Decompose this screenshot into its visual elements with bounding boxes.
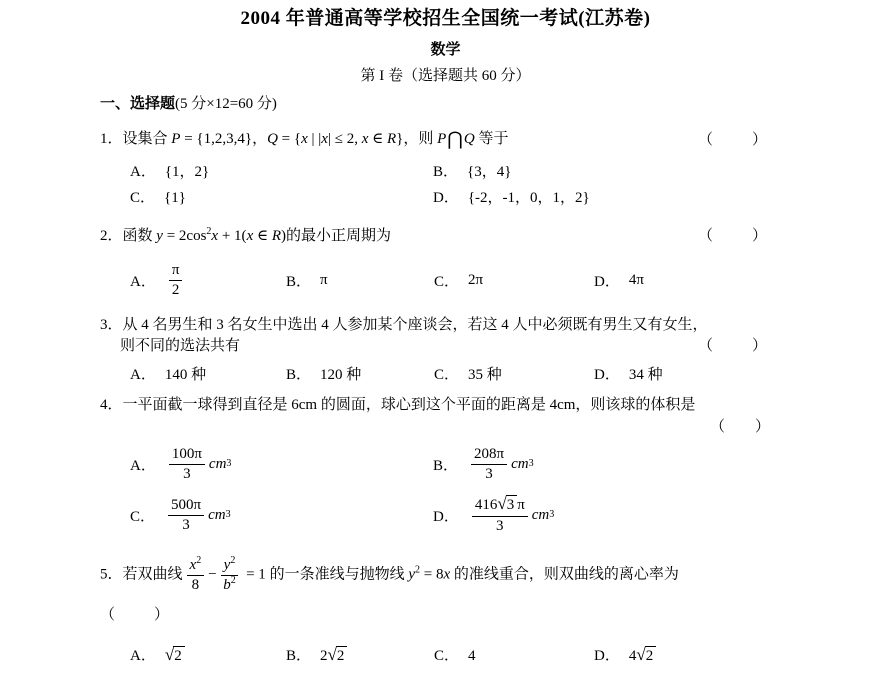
question-number: 5． xyxy=(100,566,123,582)
part-heading: 一、选择题(5 分×12=60 分) xyxy=(100,94,782,114)
question-4-options-row-1: A．100π3cm3 B．208π3cm3 xyxy=(130,442,782,486)
unit: cm xyxy=(209,456,227,473)
option-a: A．140 种 xyxy=(130,363,286,387)
unit: cm xyxy=(208,507,226,524)
option-d: D．4√2 xyxy=(594,642,656,670)
exam-body: 一、选择题(5 分×12=60 分) 1．设集合 P = {1,2,3,4}，Q… xyxy=(100,94,782,670)
unit: cm xyxy=(532,507,550,524)
question-1-options-row-1: A．{1，2} B．{3，4} xyxy=(130,160,782,184)
option-c: C．{1} xyxy=(130,186,433,210)
option-c: C．35 种 xyxy=(434,363,594,387)
subject-title: 数学 xyxy=(0,40,891,60)
fraction: 416√3π3 xyxy=(472,495,528,534)
question-1-stem: 1．设集合 P = {1,2,3,4}，Q = {x | |x| ≤ 2, x … xyxy=(100,124,782,155)
exam-page: 2004 年普通高等学校招生全国统一考试(江苏卷) 数学 第 I 卷（选择题共 … xyxy=(0,0,891,691)
part-title: 一、选择题 xyxy=(100,96,175,112)
exponent: 2 xyxy=(196,555,201,566)
question-1-text: 1．设集合 P = {1,2,3,4}，Q = {x | |x| ≤ 2, x … xyxy=(100,124,509,155)
option-d: D．{-2，-1，0，1，2} xyxy=(433,186,590,210)
answer-bracket: （ ） xyxy=(100,607,172,623)
fraction: x28 xyxy=(187,557,205,593)
question-2-text: 2．函数 y = 2cos2x + 1(x ∈ R)的最小正周期为 xyxy=(100,222,391,250)
question-3-options-row: A．140 种 B．120 种 C．35 种 D．34 种 xyxy=(130,363,782,387)
square-root: √2 xyxy=(328,646,348,666)
option-d: D．4π xyxy=(594,270,644,291)
option-c: C．4 xyxy=(434,642,594,670)
question-1-options-row-2: C．{1} D．{-2，-1，0，1，2} xyxy=(130,186,782,210)
answer-bracket: （ ） xyxy=(698,125,770,155)
question-5-options-row: A．√2 B．2√2 C．4 D．4√2 xyxy=(130,642,782,670)
fraction: y2b2 xyxy=(221,557,239,593)
minus-sign: − xyxy=(208,566,216,582)
answer-bracket: （ ） xyxy=(710,419,770,435)
option-a: A．√2 xyxy=(130,642,286,670)
exam-title: 2004 年普通高等学校招生全国统一考试(江苏卷) xyxy=(0,0,891,32)
option-a: A．π2 xyxy=(130,262,286,298)
unit: cm xyxy=(511,456,529,473)
option-c: C．2π xyxy=(434,270,594,291)
fraction: π2 xyxy=(169,262,183,298)
option-b: B．120 种 xyxy=(286,363,434,387)
intersection-symbol: ⋂ xyxy=(446,129,464,150)
option-b: B．2√2 xyxy=(286,642,434,670)
question-number: 1． xyxy=(100,131,123,147)
answer-bracket: （ ） xyxy=(698,336,770,357)
question-2-stem: 2．函数 y = 2cos2x + 1(x ∈ R)的最小正周期为 （ ） xyxy=(100,222,782,250)
option-c: C．500π3cm3 xyxy=(130,497,433,533)
square-root: √2 xyxy=(636,646,656,666)
question-4-bracket-line: （ ） xyxy=(100,416,782,438)
option-b: B．π xyxy=(286,270,434,291)
option-a: A．{1，2} xyxy=(130,160,433,184)
option-a: A．100π3cm3 xyxy=(130,446,433,482)
exponent: 2 xyxy=(230,555,235,566)
part-note: (5 分×12=60 分) xyxy=(175,96,277,112)
fraction: 100π3 xyxy=(169,446,205,482)
question-4-options-row-2: C．500π3cm3 D．416√3π3cm3 xyxy=(130,492,782,538)
question-2-options-row: A．π2 B．π C．2π D．4π xyxy=(130,258,782,302)
question-3-stem-line-2: 则不同的选法共有 （ ） xyxy=(120,336,782,357)
page-header: 2004 年普通高等学校招生全国统一考试(江苏卷) 数学 第 I 卷（选择题共 … xyxy=(0,0,891,86)
fraction: 208π3 xyxy=(471,446,507,482)
question-4-stem: 4．一平面截一球得到直径是 6cm 的圆面，球心到这个平面的距离是 4cm，则该… xyxy=(100,395,782,416)
question-number: 3． xyxy=(100,317,123,333)
section-heading: 第 I 卷（选择题共 60 分） xyxy=(0,66,891,86)
question-3-stem-line-1: 3．从 4 名男生和 3 名女生中选出 4 人参加某个座谈会，若这 4 人中必须… xyxy=(100,315,782,336)
exponent: 2 xyxy=(231,575,236,586)
fraction: 500π3 xyxy=(168,497,204,533)
option-d: D．34 种 xyxy=(594,363,663,387)
question-number: 4． xyxy=(100,397,123,413)
square-root: √2 xyxy=(165,646,185,666)
option-d: D．416√3π3cm3 xyxy=(433,495,554,534)
question-5-stem: 5．若双曲线x28−y2b2 = 1 的一条准线与抛物线 y2 = 8x 的准线… xyxy=(100,550,782,600)
question-5-bracket-line: （ ） xyxy=(100,604,782,626)
question-number: 2． xyxy=(100,228,123,244)
question-5-text: 5．若双曲线x28−y2b2 = 1 的一条准线与抛物线 y2 = 8x 的准线… xyxy=(100,557,679,593)
square-root: √3 xyxy=(497,495,517,515)
option-b: B．208π3cm3 xyxy=(433,446,534,482)
answer-bracket: （ ） xyxy=(698,222,770,250)
option-b: B．{3，4} xyxy=(433,160,511,184)
